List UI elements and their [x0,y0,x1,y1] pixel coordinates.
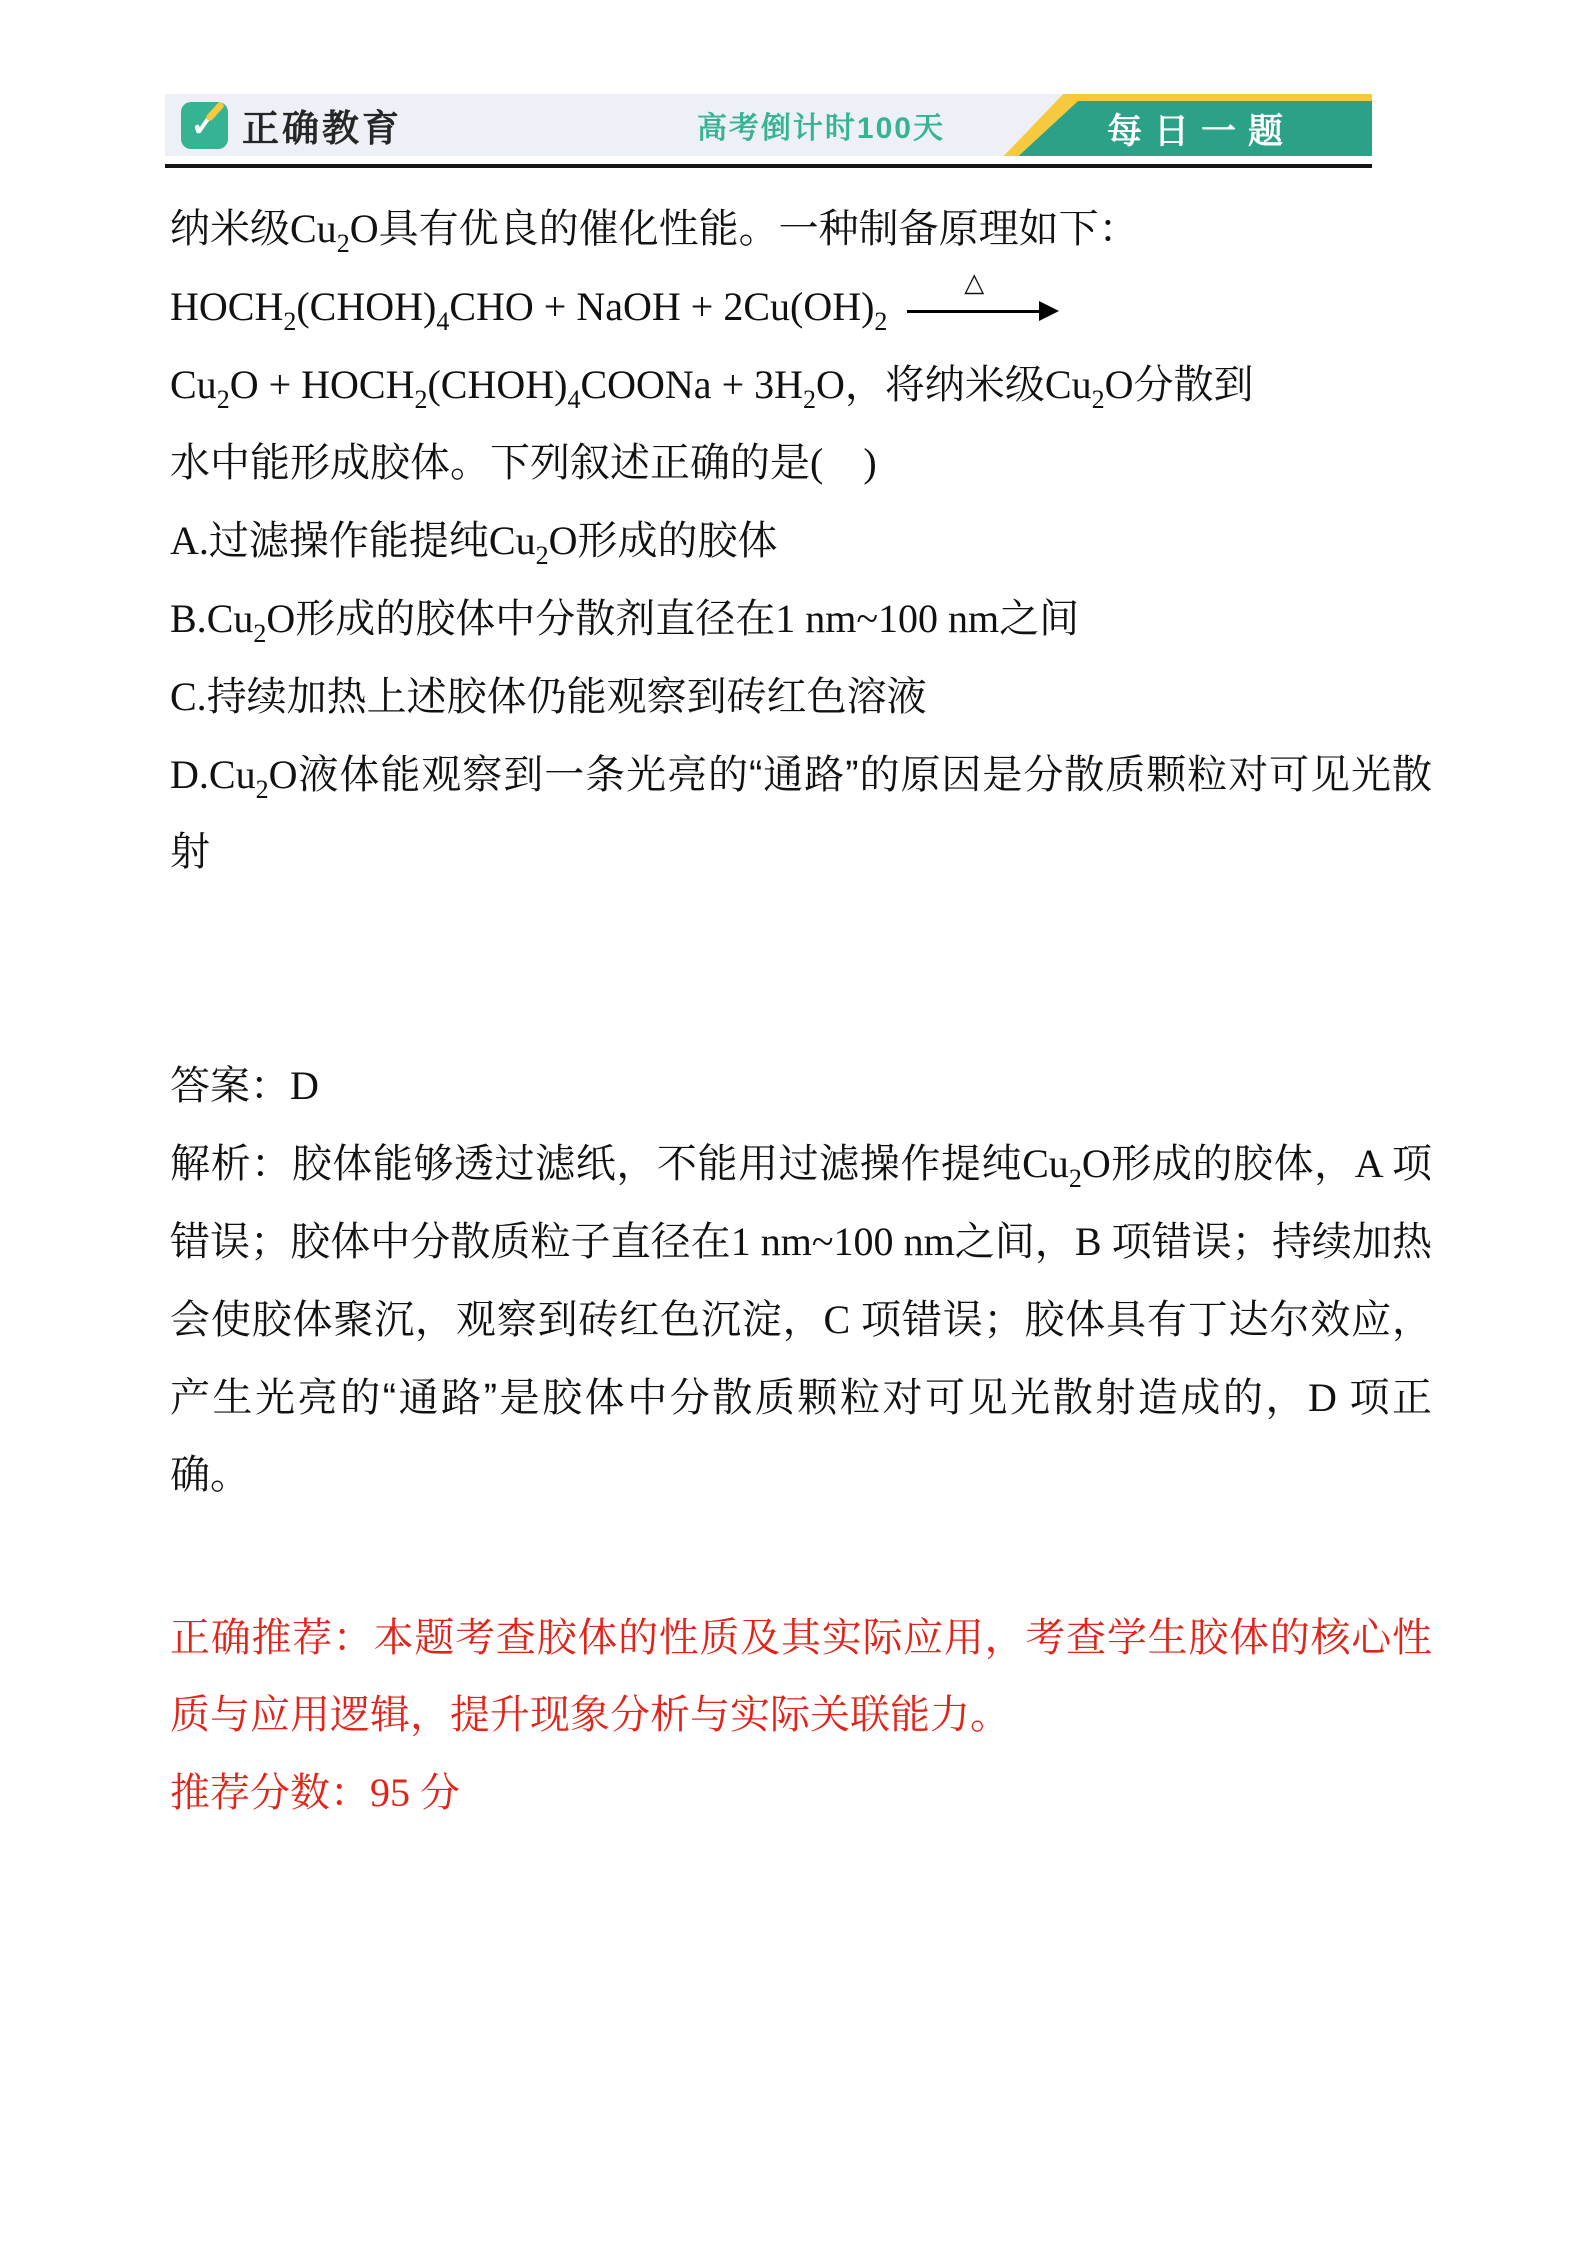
option-d: D.Cu2O液体能观察到一条光亮的“通路”的原因是分散质颗粒对可见光散射 [170,736,1432,891]
text-segment: 形成的胶体中分散剂直径在 [295,597,775,641]
heat-arrow-icon: △ [907,284,1059,328]
text-segment: 过滤操作能提纯 [209,519,489,563]
text-segment: 2 [256,775,269,804]
daily-question-badge: 每日一题 [1000,94,1372,156]
text-segment: 2 [1092,385,1105,414]
text-segment: A. [170,518,209,563]
text-segment: 2 [536,541,549,570]
text-segment: 之间 [999,597,1079,641]
text-segment: CHO + NaOH + 2Cu(OH) [449,284,874,329]
text-segment: 具有优良的催化性能。一种制备原理如下： [379,207,1139,251]
analysis-paragraph: 解析：胶体能够透过滤纸，不能用过滤操作提纯Cu2O形成的胶体，A 项错误；胶体中… [170,1125,1432,1514]
text-segment: 2 [414,385,427,414]
text-segment: C [824,1297,862,1342]
text-segment: D [290,1063,319,1108]
text-segment: 解析：胶体能够透过滤纸，不能用过滤操作提纯 [170,1142,1022,1186]
text-segment: 2 [1069,1164,1082,1193]
option-b: B.Cu2O形成的胶体中分散剂直径在1 nm~100 nm之间 [170,580,1432,658]
header-divider [165,164,1372,168]
option-a: A.过滤操作能提纯Cu2O形成的胶体 [170,502,1432,580]
text-segment: O [269,752,298,797]
question-document: 纳米级Cu2O具有优良的催化性能。一种制备原理如下： HOCH2(CHOH)4C… [170,190,1432,1832]
text-segment: 1 nm~100 nm [775,596,999,641]
reaction-equation-line-1: HOCH2(CHOH)4CHO + NaOH + 2Cu(OH)2△ [170,268,1432,346]
text-segment: O [816,362,845,407]
text-segment: 分散到 [1133,363,1253,407]
text-segment: HOCH [170,284,283,329]
text-segment: 2 [253,619,266,648]
text-segment: 液体能观察到一条光亮的“通路”的原因是分散质颗粒对可见光散射 [170,753,1432,874]
countdown-text: 高考倒计时100天 [697,103,945,147]
text-segment: B [1075,1219,1112,1264]
text-segment: Cu [489,518,536,563]
option-c: C.持续加热上述胶体仍能观察到砖红色溶液 [170,658,1432,736]
text-segment: 2 [283,307,296,336]
question-intro: 纳米级Cu2O具有优良的催化性能。一种制备原理如下： [170,190,1432,268]
text-segment: B. [170,596,207,641]
text-segment: 形成的胶体 [577,519,777,563]
text-segment: D. [170,752,209,797]
question-intro-continued: 水中能形成胶体。下列叙述正确的是( ) [170,424,1432,502]
text-segment: 分 [420,1771,460,1815]
text-segment: 纳米级 [170,207,290,251]
brand: ✓ 正确教育 [165,98,402,152]
text-segment: Cu [170,362,217,407]
text-segment: 推荐分数： [170,1771,370,1815]
text-segment: 答案： [170,1064,290,1108]
recommended-score-line: 推荐分数：95 分 [170,1754,1432,1832]
reaction-equation-line-2: Cu2O + HOCH2(CHOH)4COONa + 3H2O，将纳米级Cu2O… [170,346,1432,424]
text-segment: 2 [337,229,350,258]
text-segment: Cu [290,206,337,251]
text-segment: 2 [874,307,887,336]
text-segment: 2 [217,385,230,414]
text-segment: 正确推荐：本题考查胶体的性质及其实际应用，考查学生胶体的核心性质与应用逻辑，提升… [170,1616,1432,1737]
text-segment: Cu [209,752,256,797]
brand-name: 正确教育 [242,98,402,152]
text-segment: 4 [567,385,580,414]
text-segment: 2 [803,385,816,414]
text-segment: 形成的胶体， [1111,1142,1355,1186]
text-segment: A [1355,1141,1392,1186]
text-segment: Cu [207,596,254,641]
text-segment: O [350,206,379,251]
text-segment: 95 [370,1770,420,1815]
answer-line: 答案：D [170,1047,1432,1125]
text-segment: (CHOH) [296,284,436,329]
text-segment: (CHOH) [427,362,567,407]
text-segment: 1 nm~100 nm [731,1219,955,1264]
text-segment: 水中能形成胶体。下列叙述正确的是 [170,441,810,485]
text-segment: O + HOCH [230,362,415,407]
text-segment: 之间， [955,1220,1075,1264]
text-segment: O [1082,1141,1111,1186]
text-segment: COONa + 3H [580,362,803,407]
text-segment: D [1308,1375,1349,1420]
text-segment: ，将纳米级 [845,363,1045,407]
text-segment: 持续加热上述胶体仍能观察到砖红色溶液 [207,675,927,719]
header-bar: ✓ 正确教育 高考倒计时100天 每日一题 [165,94,1372,156]
text-segment: C. [170,674,207,719]
text-segment: Cu [1022,1141,1069,1186]
brand-logo: ✓ [181,102,228,149]
page: ✓ 正确教育 高考倒计时100天 每日一题 纳米级Cu2O具有优良的催化性能。一… [0,0,1587,2245]
text-segment: ( ) [810,440,877,485]
text-segment: O [266,596,295,641]
text-segment: O [1105,362,1134,407]
text-segment: O [549,518,578,563]
recommendation-paragraph: 正确推荐：本题考查胶体的性质及其实际应用，考查学生胶体的核心性质与应用逻辑，提升… [170,1600,1432,1754]
text-segment: Cu [1045,362,1092,407]
text-segment: 4 [436,307,449,336]
badge-label: 每日一题 [1077,104,1295,154]
